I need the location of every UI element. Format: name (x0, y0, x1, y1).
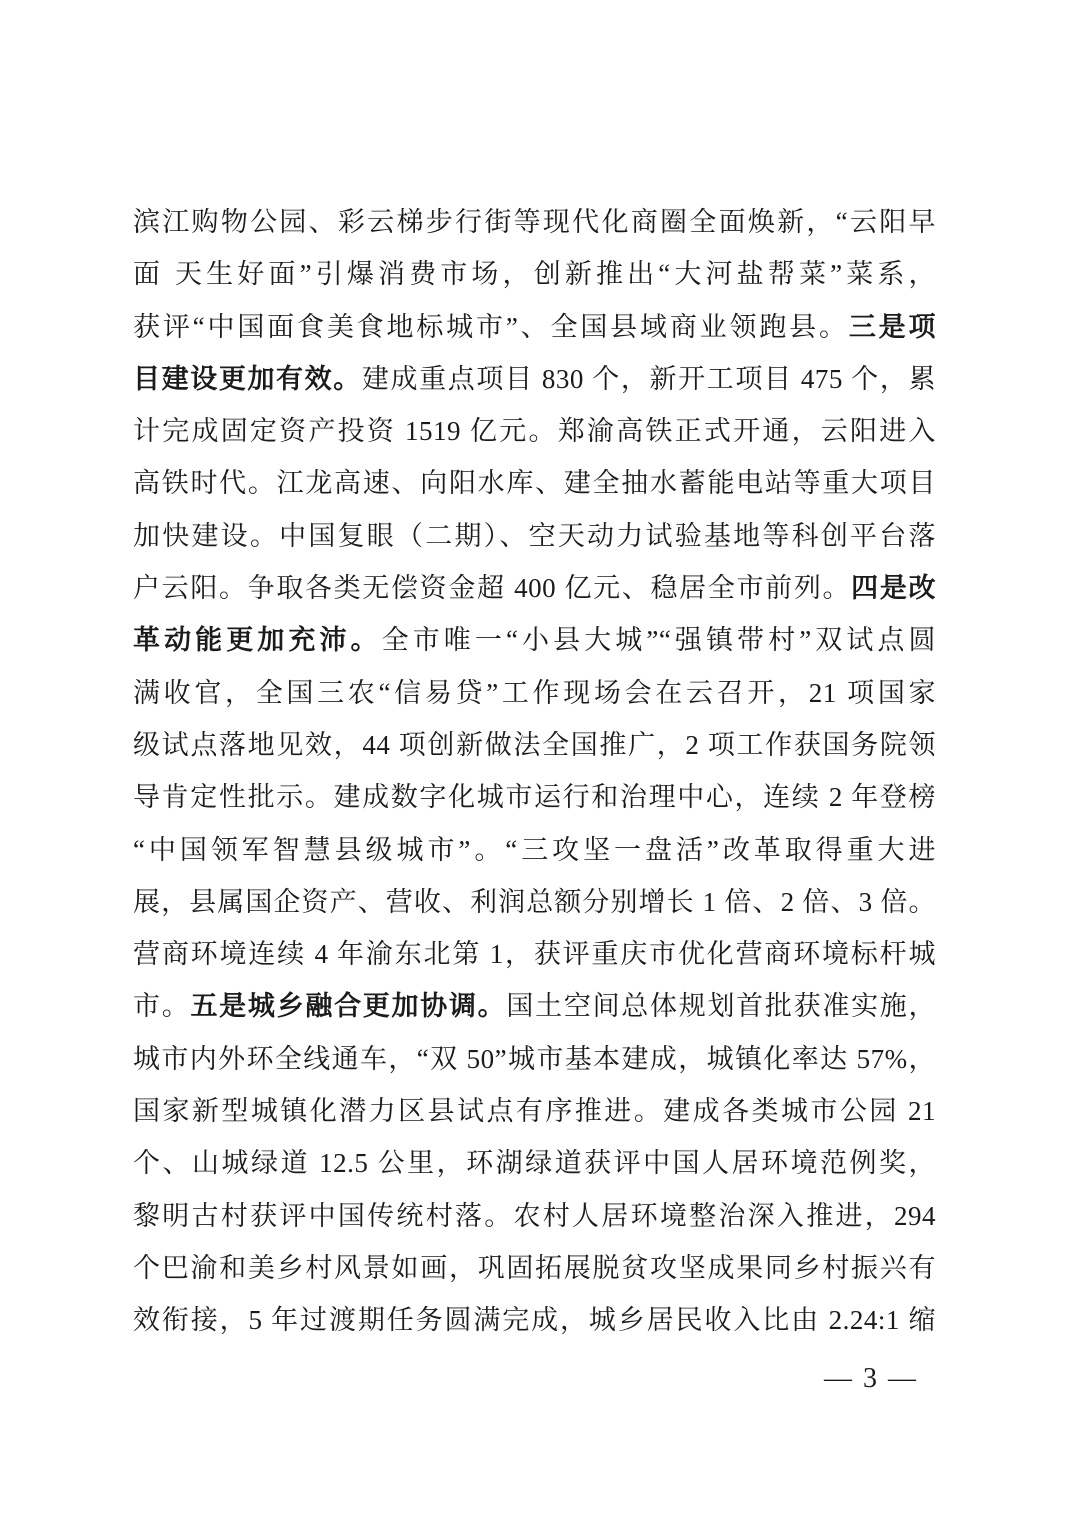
text-line: 获评“中国面食美食地标城市”、全国县域商业领跑县。三是项 (133, 301, 936, 353)
text-line: 计完成固定资产投资 1519 亿元。郑渝高铁正式开通，云阳进入 (133, 405, 936, 457)
text-line: 个、山城绿道 12.5 公里，环湖绿道获评中国人居环境范例奖， (133, 1137, 936, 1189)
body-text: 效衔接，5 年过渡期任务圆满完成，城乡居民收入比由 2.24:1 缩 (133, 1305, 936, 1335)
body-text: 加快建设。中国复眼（二期）、空天动力试验基地等科创平台落 (133, 521, 936, 551)
text-line: 市。五是城乡融合更加协调。国土空间总体规划首批获准实施， (133, 980, 936, 1032)
body-text: 计完成固定资产投资 1519 亿元。郑渝高铁正式开通，云阳进入 (133, 416, 936, 446)
text-line: 目建设更加有效。建成重点项目 830 个，新开工项目 475 个，累 (133, 353, 936, 405)
text-line: 展，县属国企资产、营收、利润总额分别增长 1 倍、2 倍、3 倍。 (133, 876, 936, 928)
text-line: 黎明古村获评中国传统村落。农村人居环境整治深入推进，294 (133, 1190, 936, 1242)
text-line: 导肯定性批示。建成数字化城市运行和治理中心，连续 2 年登榜 (133, 771, 936, 823)
body-text: 市。 (133, 991, 190, 1021)
body-text: 建成重点项目 830 个，新开工项目 475 个，累 (362, 364, 936, 394)
body-text: 获评“中国面食美食地标城市”、全国县域商业领跑县。 (133, 312, 849, 342)
body-text: 国土空间总体规划首批获准实施， (506, 991, 936, 1021)
text-line: 面 天生好面”引爆消费市场，创新推出“大河盐帮菜”菜系， (133, 248, 936, 300)
body-text: 展，县属国企资产、营收、利润总额分别增长 1 倍、2 倍、3 倍。 (133, 887, 936, 917)
text-line: 户云阳。争取各类无偿资金超 400 亿元、稳居全市前列。四是改 (133, 562, 936, 614)
text-line: 滨江购物公园、彩云梯步行街等现代化商圈全面焕新，“云阳早 (133, 196, 936, 248)
text-line: 个巴渝和美乡村风景如画，巩固拓展脱贫攻坚成果同乡村振兴有 (133, 1242, 936, 1294)
document-page: 滨江购物公园、彩云梯步行街等现代化商圈全面焕新，“云阳早面 天生好面”引爆消费市… (0, 0, 1074, 1520)
body-text: 级试点落地见效，44 项创新做法全国推广，2 项工作获国务院领 (133, 730, 936, 760)
emphasis-text: 四是改 (851, 573, 936, 603)
text-line: “中国领军智慧县级城市”。“三攻坚一盘活”改革取得重大进 (133, 824, 936, 876)
text-line: 革动能更加充沛。全市唯一“小县大城”“强镇带村”双试点圆 (133, 614, 936, 666)
text-line: 城市内外环全线通车，“双 50”城市基本建成，城镇化率达 57%， (133, 1033, 936, 1085)
text-line: 高铁时代。江龙高速、向阳水库、建全抽水蓄能电站等重大项目 (133, 457, 936, 509)
emphasis-text: 目建设更加有效。 (133, 364, 362, 394)
emphasis-text: 三是项 (849, 312, 936, 342)
body-text: 个巴渝和美乡村风景如画，巩固拓展脱贫攻坚成果同乡村振兴有 (133, 1253, 936, 1283)
body-text: 黎明古村获评中国传统村落。农村人居环境整治深入推进，294 (133, 1201, 936, 1231)
text-line: 满收官，全国三农“信易贷”工作现场会在云召开，21 项国家 (133, 667, 936, 719)
body-text: 户云阳。争取各类无偿资金超 400 亿元、稳居全市前列。 (133, 573, 851, 603)
body-text: 高铁时代。江龙高速、向阳水库、建全抽水蓄能电站等重大项目 (133, 468, 936, 498)
body-text: 满收官，全国三农“信易贷”工作现场会在云召开，21 项国家 (133, 678, 936, 708)
emphasis-text: 革动能更加充沛。 (133, 625, 382, 655)
text-line: 加快建设。中国复眼（二期）、空天动力试验基地等科创平台落 (133, 510, 936, 562)
body-text: 导肯定性批示。建成数字化城市运行和治理中心，连续 2 年登榜 (133, 782, 936, 812)
text-line: 营商环境连续 4 年渝东北第 1，获评重庆市优化营商环境标杆城 (133, 928, 936, 980)
document-body: 滨江购物公园、彩云梯步行街等现代化商圈全面焕新，“云阳早面 天生好面”引爆消费市… (133, 196, 936, 1347)
body-text: 面 天生好面”引爆消费市场，创新推出“大河盐帮菜”菜系， (133, 259, 936, 289)
body-text: 国家新型城镇化潜力区县试点有序推进。建成各类城市公园 21 (133, 1096, 936, 1126)
body-text: “中国领军智慧县级城市”。“三攻坚一盘活”改革取得重大进 (133, 835, 936, 865)
body-text: 全市唯一“小县大城”“强镇带村”双试点圆 (382, 625, 936, 655)
body-text: 个、山城绿道 12.5 公里，环湖绿道获评中国人居环境范例奖， (133, 1148, 936, 1178)
emphasis-text: 五是城乡融合更加协调。 (190, 991, 506, 1021)
body-text: 营商环境连续 4 年渝东北第 1，获评重庆市优化营商环境标杆城 (133, 939, 936, 969)
text-line: 效衔接，5 年过渡期任务圆满完成，城乡居民收入比由 2.24:1 缩 (133, 1294, 936, 1346)
body-text: 滨江购物公园、彩云梯步行街等现代化商圈全面焕新，“云阳早 (133, 207, 936, 237)
page-number: — 3 — (806, 1358, 936, 1400)
body-text: 城市内外环全线通车，“双 50”城市基本建成，城镇化率达 57%， (133, 1044, 936, 1074)
text-line: 国家新型城镇化潜力区县试点有序推进。建成各类城市公园 21 (133, 1085, 936, 1137)
text-line: 级试点落地见效，44 项创新做法全国推广，2 项工作获国务院领 (133, 719, 936, 771)
